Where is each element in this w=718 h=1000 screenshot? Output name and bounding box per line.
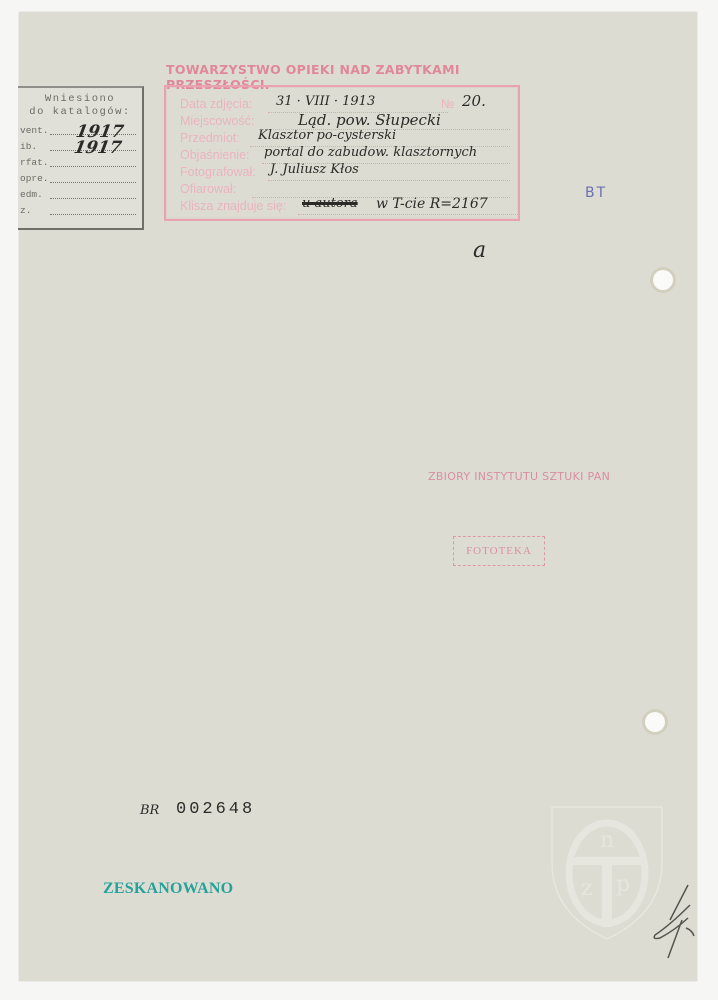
catalog-heading-2: do katalogów:	[18, 106, 142, 119]
shield-monogram-icon: n z p	[548, 803, 666, 943]
number-label: №	[441, 97, 454, 111]
svg-text:p: p	[616, 872, 630, 897]
catalog-row: opre.	[20, 171, 142, 187]
catalog-row: z.	[20, 203, 142, 219]
field-photographer: Fotografował: J. Juliusz Kłos	[180, 165, 510, 181]
annotation-letter: a	[473, 238, 486, 263]
institute-stamp: ZBIORY INSTYTUTU SZTUKI PAN	[428, 470, 610, 483]
number-value: 20.	[462, 92, 486, 110]
punch-hole	[645, 712, 665, 732]
punch-hole	[653, 270, 673, 290]
scanned-stamp: ZESKANOWANO	[103, 880, 233, 898]
catalog-row: edm.	[20, 187, 142, 203]
catalog-entry-box: Wniesiono do katalogów: vent. ib. rfat. …	[18, 86, 144, 230]
svg-text:z: z	[581, 876, 593, 901]
svg-text:n: n	[600, 828, 614, 853]
catalog-handwritten-year-2: 1917	[72, 138, 123, 158]
catalog-heading-1: Wniesiono	[18, 93, 142, 106]
inventory-prefix: BR	[140, 803, 159, 818]
society-stamp-box: Data zdjęcia: 31 · VIII · 1913 № 20. Mie…	[164, 85, 520, 221]
inventory-number: 002648	[176, 800, 255, 819]
field-plate-location: Klisza znajduje się: u autora w T-cie R=…	[180, 199, 520, 215]
signature-mark	[650, 880, 700, 960]
plate-suffix-bt: BT	[585, 185, 607, 201]
fototeka-stamp: FOTOTEKA	[453, 536, 545, 566]
